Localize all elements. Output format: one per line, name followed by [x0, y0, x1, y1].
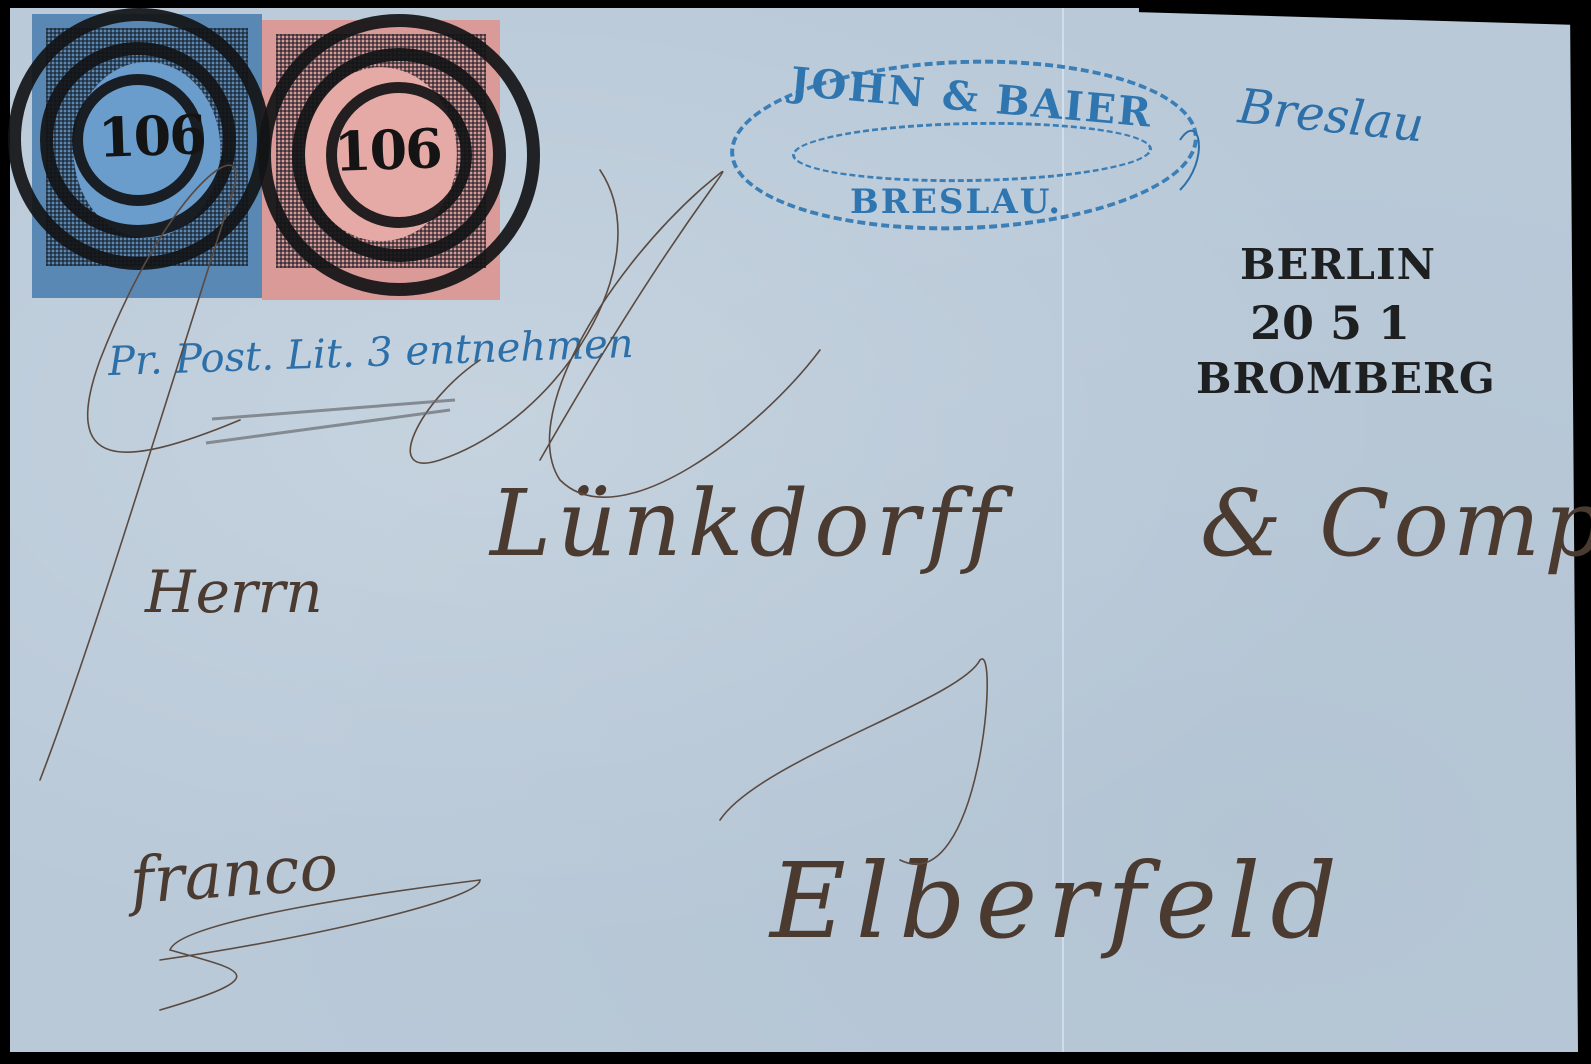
pen-flourishes — [0, 0, 1591, 1064]
